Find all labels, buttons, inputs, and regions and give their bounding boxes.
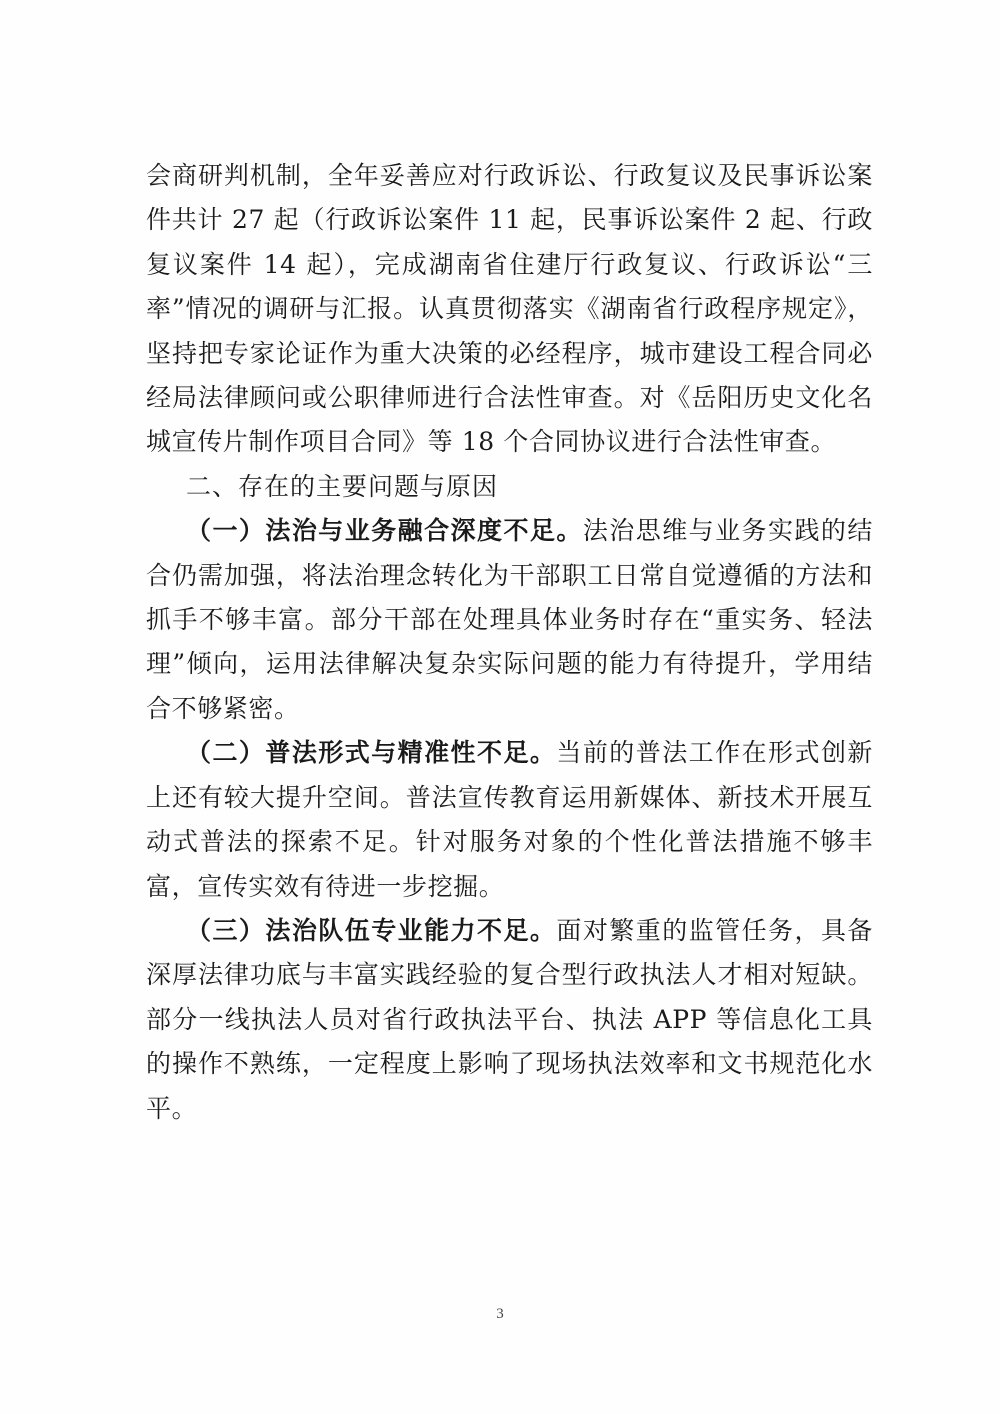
- section-heading-problems: 二、存在的主要问题与原因: [146, 465, 873, 509]
- page-number: 3: [0, 1306, 1000, 1323]
- subsection-1-text: 法治思维与业务实践的结合仍需加强，将法治理念转化为干部职工日常自觉遵循的方法和抓…: [146, 516, 873, 723]
- subsection-3-title: （三）法治队伍专业能力不足。: [186, 916, 556, 945]
- subsection-3-text: 面对繁重的监管任务，具备深厚法律功底与丰富实践经验的复合型行政执法人才相对短缺。…: [146, 916, 873, 1123]
- subsection-2: （二）普法形式与精准性不足。当前的普法工作在形式创新上还有较大提升空间。普法宣传…: [146, 731, 873, 909]
- document-page: 会商研判机制，全年妥善应对行政诉讼、行政复议及民事诉讼案件共计 27 起（行政诉…: [0, 0, 1000, 1414]
- paragraph-continuation: 会商研判机制，全年妥善应对行政诉讼、行政复议及民事诉讼案件共计 27 起（行政诉…: [146, 154, 873, 465]
- document-body: 会商研判机制，全年妥善应对行政诉讼、行政复议及民事诉讼案件共计 27 起（行政诉…: [146, 154, 873, 1131]
- subsection-1: （一）法治与业务融合深度不足。法治思维与业务实践的结合仍需加强，将法治理念转化为…: [146, 509, 873, 731]
- subsection-3: （三）法治队伍专业能力不足。面对繁重的监管任务，具备深厚法律功底与丰富实践经验的…: [146, 909, 873, 1131]
- subsection-2-title: （二）普法形式与精准性不足。: [186, 738, 556, 767]
- subsection-1-title: （一）法治与业务融合深度不足。: [186, 516, 583, 545]
